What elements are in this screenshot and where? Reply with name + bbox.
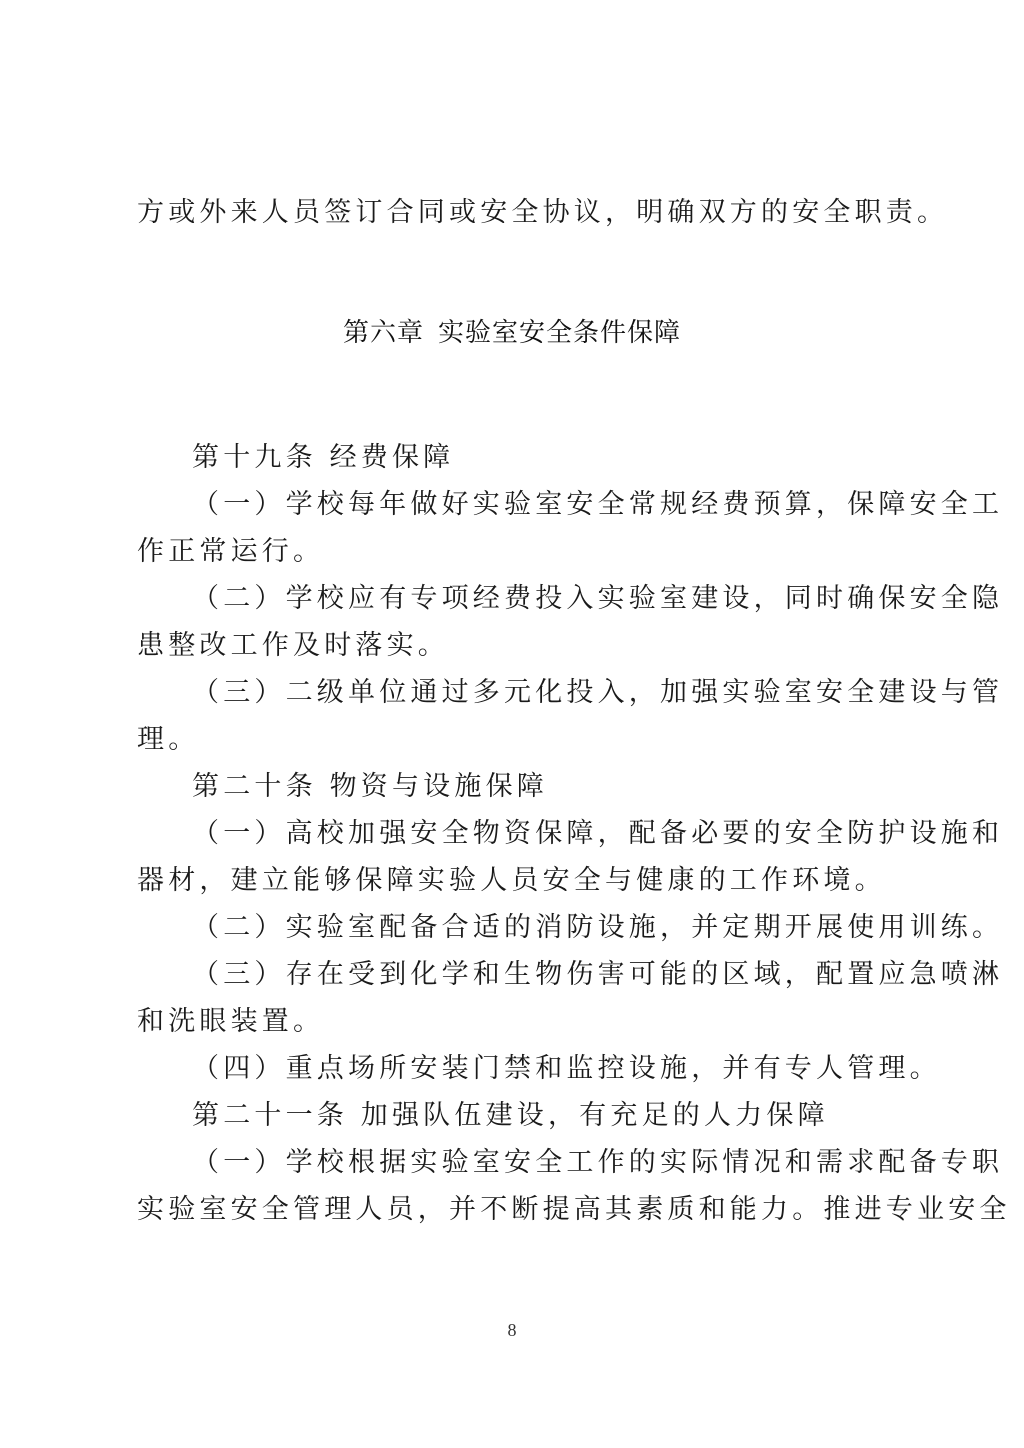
page-number: 8 <box>0 1320 1024 1341</box>
chapter-heading: 第六章实验室安全条件保障 <box>0 313 1024 353</box>
article-20-item-4: （四）重点场所安装门禁和监控设施，并有专人管理。 <box>192 1052 897 1086</box>
article-19-item-2-line-2: 患整改工作及时落实。 <box>137 629 897 663</box>
article-21-heading: 第二十一条 加强队伍建设，有充足的人力保障 <box>192 1099 897 1133</box>
article-20-item-3-line-1: （三）存在受到化学和生物伤害可能的区域，配置应急喷淋 <box>192 958 897 992</box>
article-20-item-1-line-1: （一）高校加强安全物资保障，配备必要的安全防护设施和 <box>192 817 897 851</box>
document-page: 方或外来人员签订合同或安全协议，明确双方的安全职责。 第六章实验室安全条件保障 … <box>0 0 1024 1448</box>
article-20-item-3-line-2: 和洗眼装置。 <box>137 1005 897 1039</box>
article-21-item-1-line-1: （一）学校根据实验室安全工作的实际情况和需求配备专职 <box>192 1146 897 1180</box>
article-19-item-2-line-1: （二）学校应有专项经费投入实验室建设，同时确保安全隐 <box>192 582 897 616</box>
chapter-title: 实验室安全条件保障 <box>438 318 681 348</box>
article-19-item-3-line-1: （三）二级单位通过多元化投入，加强实验室安全建设与管 <box>192 676 897 710</box>
article-20-item-2: （二）实验室配备合适的消防设施，并定期开展使用训练。 <box>192 911 897 945</box>
article-20-item-1-line-2: 器材，建立能够保障实验人员安全与健康的工作环境。 <box>137 864 897 898</box>
article-21-item-1-line-2: 实验室安全管理人员，并不断提高其素质和能力。推进专业安全 <box>137 1193 897 1227</box>
chapter-number: 第六章 <box>343 318 424 348</box>
continuation-paragraph: 方或外来人员签订合同或安全协议，明确双方的安全职责。 <box>137 196 897 230</box>
article-19-item-3-line-2: 理。 <box>137 723 897 757</box>
article-20-heading: 第二十条 物资与设施保障 <box>192 770 897 804</box>
article-19-item-1-line-2: 作正常运行。 <box>137 535 897 569</box>
article-19-item-1-line-1: （一）学校每年做好实验室安全常规经费预算，保障安全工 <box>192 488 897 522</box>
article-19-heading: 第十九条 经费保障 <box>192 441 897 475</box>
